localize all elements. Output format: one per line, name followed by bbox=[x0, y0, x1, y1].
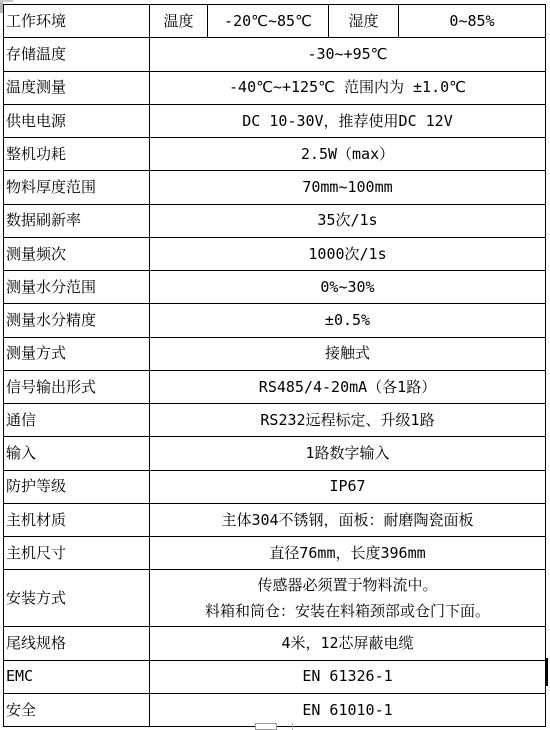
spec-row-communication: 通信 RS232远程标定、升级1路 bbox=[4, 404, 546, 437]
spec-row-moisture-range: 测量水分范围 0%~30% bbox=[4, 271, 546, 304]
temperature-value: -20℃~85℃ bbox=[208, 5, 329, 38]
spec-row-housing-size: 主机尺寸 直径76mm，长度396mm bbox=[4, 537, 546, 570]
spec-value: -30~+95℃ bbox=[150, 38, 546, 71]
spec-row-signal-output: 信号输出形式 RS485/4-20mA（各1路） bbox=[4, 370, 546, 403]
spec-label: 信号输出形式 bbox=[4, 370, 150, 403]
spec-value: DC 10-30V，推荐使用DC 12V bbox=[150, 104, 546, 137]
spec-value: IP67 bbox=[150, 470, 546, 503]
spec-label: 测量水分范围 bbox=[4, 271, 150, 304]
spec-label: 存储温度 bbox=[4, 38, 150, 71]
spec-label: 工作环境 bbox=[4, 5, 150, 38]
spec-value: 2.5W（max） bbox=[150, 138, 546, 171]
spec-value: 传感器必须置于物料流中。 料箱和筒仓：安装在料箱颈部或仓门下面。 bbox=[150, 570, 546, 627]
spec-label: 通信 bbox=[4, 404, 150, 437]
spec-label: 安全 bbox=[4, 693, 150, 726]
spec-row-safety: 安全 EN 61010-1 bbox=[4, 693, 546, 726]
spec-value: 主体304不锈钢，面板：耐磨陶瓷面板 bbox=[150, 503, 546, 536]
spec-label: 整机功耗 bbox=[4, 138, 150, 171]
spec-label: 测量方式 bbox=[4, 337, 150, 370]
table-grid-tick-artifact bbox=[292, 723, 293, 730]
spec-row-emc: EMC EN 61326-1 bbox=[4, 660, 546, 693]
spec-row-power-supply: 供电电源 DC 10-30V，推荐使用DC 12V bbox=[4, 104, 546, 137]
spec-value: -40℃~+125℃ 范围内为 ±1.0℃ bbox=[150, 71, 546, 104]
text-cursor-artifact bbox=[546, 658, 548, 686]
spec-row-temp-measurement: 温度测量 -40℃~+125℃ 范围内为 ±1.0℃ bbox=[4, 71, 546, 104]
spec-value: 70mm~100mm bbox=[150, 171, 546, 204]
humidity-value: 0~85% bbox=[399, 5, 546, 38]
spec-value: 1路数字输入 bbox=[150, 437, 546, 470]
spec-row-power-consumption: 整机功耗 2.5W（max） bbox=[4, 138, 546, 171]
spec-row-moisture-accuracy: 测量水分精度 ±0.5% bbox=[4, 304, 546, 337]
spec-value: ±0.5% bbox=[150, 304, 546, 337]
spec-row-housing-material: 主机材质 主体304不锈钢，面板：耐磨陶瓷面板 bbox=[4, 503, 546, 536]
spec-row-refresh-rate: 数据刷新率 35次/1s bbox=[4, 204, 546, 237]
spec-value: 4米，12芯屏蔽电缆 bbox=[150, 627, 546, 660]
spec-row-installation: 安装方式 传感器必须置于物料流中。 料箱和筒仓：安装在料箱颈部或仓门下面。 bbox=[4, 570, 546, 627]
spec-label: 防护等级 bbox=[4, 470, 150, 503]
spec-value: RS232远程标定、升级1路 bbox=[150, 404, 546, 437]
spec-sheet: 工作环境 温度 -20℃~85℃ 湿度 0~85% 存储温度 -30~+95℃ … bbox=[0, 0, 550, 730]
window-corner-artifact bbox=[0, 0, 13, 2]
spec-label: 数据刷新率 bbox=[4, 204, 150, 237]
spec-row-material-thickness: 物料厚度范围 70mm~100mm bbox=[4, 171, 546, 204]
spec-label: 主机材质 bbox=[4, 503, 150, 536]
spec-value: 0%~30% bbox=[150, 271, 546, 304]
spec-value: 1000次/1s bbox=[150, 237, 546, 270]
spec-label: 输入 bbox=[4, 437, 150, 470]
spec-label: 主机尺寸 bbox=[4, 537, 150, 570]
spec-value: 直径76mm，长度396mm bbox=[150, 537, 546, 570]
spec-label: 温度测量 bbox=[4, 71, 150, 104]
spec-value: EN 61326-1 bbox=[150, 660, 546, 693]
spec-row-cable-spec: 尾线规格 4米，12芯屏蔽电缆 bbox=[4, 627, 546, 660]
spec-row-input: 输入 1路数字输入 bbox=[4, 437, 546, 470]
spec-row-measure-method: 测量方式 接触式 bbox=[4, 337, 546, 370]
spec-value: 35次/1s bbox=[150, 204, 546, 237]
spec-row-storage-temp: 存储温度 -30~+95℃ bbox=[4, 38, 546, 71]
spec-label: 测量频次 bbox=[4, 237, 150, 270]
spec-table: 工作环境 温度 -20℃~85℃ 湿度 0~85% 存储温度 -30~+95℃ … bbox=[3, 4, 546, 727]
spec-value: 接触式 bbox=[150, 337, 546, 370]
spec-row-working-environment: 工作环境 温度 -20℃~85℃ 湿度 0~85% bbox=[4, 5, 546, 38]
spec-label: EMC bbox=[4, 660, 150, 693]
spec-label: 测量水分精度 bbox=[4, 304, 150, 337]
table-resize-handle-artifact bbox=[255, 723, 277, 730]
spec-row-measure-frequency: 测量频次 1000次/1s bbox=[4, 237, 546, 270]
spec-label: 尾线规格 bbox=[4, 627, 150, 660]
spec-value: EN 61010-1 bbox=[150, 693, 546, 726]
spec-label: 安装方式 bbox=[4, 570, 150, 627]
temperature-sublabel: 温度 bbox=[150, 5, 208, 38]
spec-row-protection-rating: 防护等级 IP67 bbox=[4, 470, 546, 503]
spec-label: 物料厚度范围 bbox=[4, 171, 150, 204]
spec-value: RS485/4-20mA（各1路） bbox=[150, 370, 546, 403]
humidity-sublabel: 湿度 bbox=[329, 5, 399, 38]
spec-label: 供电电源 bbox=[4, 104, 150, 137]
